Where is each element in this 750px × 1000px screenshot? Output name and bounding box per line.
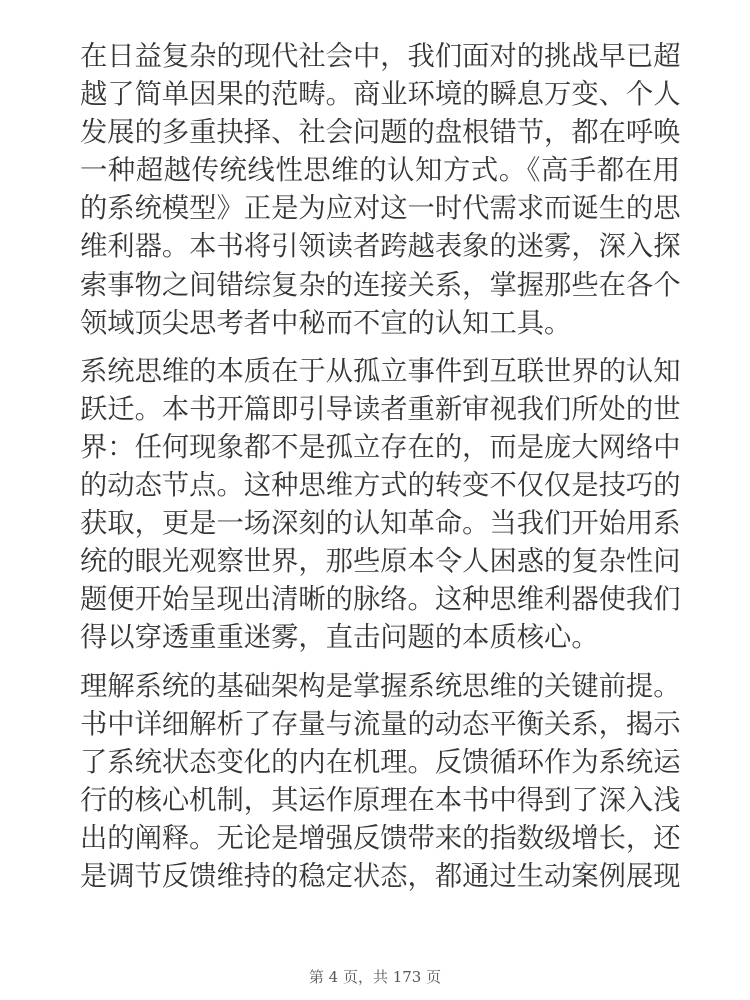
text-line: 题便开始呈现出清晰的脉络。这种思维利器使我们 <box>80 581 680 619</box>
text-line: 行的核心机制，其运作原理在本书中得到了深入浅 <box>80 782 680 820</box>
text-line: 理解系统的基础架构是掌握系统思维的关键前提。 <box>80 668 680 706</box>
text-line: 跃迁。本书开篇即引导读者重新审视我们所处的世 <box>80 391 680 429</box>
paragraph-1: 在日益复杂的现代社会中，我们面对的挑战早已超 越了简单因果的范畴。商业环境的瞬息… <box>80 38 680 343</box>
text-line: 统的眼光观察世界，那些原本令人困惑的复杂性问 <box>80 543 680 581</box>
paragraph-2: 系统思维的本质在于从孤立事件到互联世界的认知 跃迁。本书开篇即引导读者重新审视我… <box>80 353 680 658</box>
text-line: 得以穿透重重迷雾，直击问题的本质核心。 <box>80 619 680 657</box>
text-line: 越了简单因果的范畴。商业环境的瞬息万变、个人 <box>80 76 680 114</box>
page-number: 第 4 页，共 173 页 <box>0 966 750 987</box>
text-line: 领域顶尖思考者中秘而不宣的认知工具。 <box>80 305 680 343</box>
text-line: 界：任何现象都不是孤立存在的，而是庞大网络中 <box>80 429 680 467</box>
text-line: 一种超越传统线性思维的认知方式。《高手都在用 <box>80 152 680 190</box>
document-page: 在日益复杂的现代社会中，我们面对的挑战早已超 越了简单因果的范畴。商业环境的瞬息… <box>80 38 680 906</box>
text-line: 维利器。本书将引领读者跨越表象的迷雾，深入探 <box>80 228 680 266</box>
text-line: 了系统状态变化的内在机理。反馈循环作为系统运 <box>80 744 680 782</box>
text-line: 获取，更是一场深刻的认知革命。当我们开始用系 <box>80 505 680 543</box>
text-line: 系统思维的本质在于从孤立事件到互联世界的认知 <box>80 353 680 391</box>
text-line: 书中详细解析了存量与流量的动态平衡关系，揭示 <box>80 706 680 744</box>
text-line: 发展的多重抉择、社会问题的盘根错节，都在呼唤 <box>80 114 680 152</box>
text-line: 是调节反馈维持的稳定状态，都通过生动案例展现 <box>80 858 680 896</box>
text-line: 在日益复杂的现代社会中，我们面对的挑战早已超 <box>80 38 680 76</box>
text-line: 出的阐释。无论是增强反馈带来的指数级增长，还 <box>80 820 680 858</box>
text-line: 的系统模型》正是为应对这一时代需求而诞生的思 <box>80 190 680 228</box>
text-line: 索事物之间错综复杂的连接关系，掌握那些在各个 <box>80 267 680 305</box>
paragraph-3: 理解系统的基础架构是掌握系统思维的关键前提。 书中详细解析了存量与流量的动态平衡… <box>80 668 680 897</box>
text-line: 的动态节点。这种思维方式的转变不仅仅是技巧的 <box>80 467 680 505</box>
